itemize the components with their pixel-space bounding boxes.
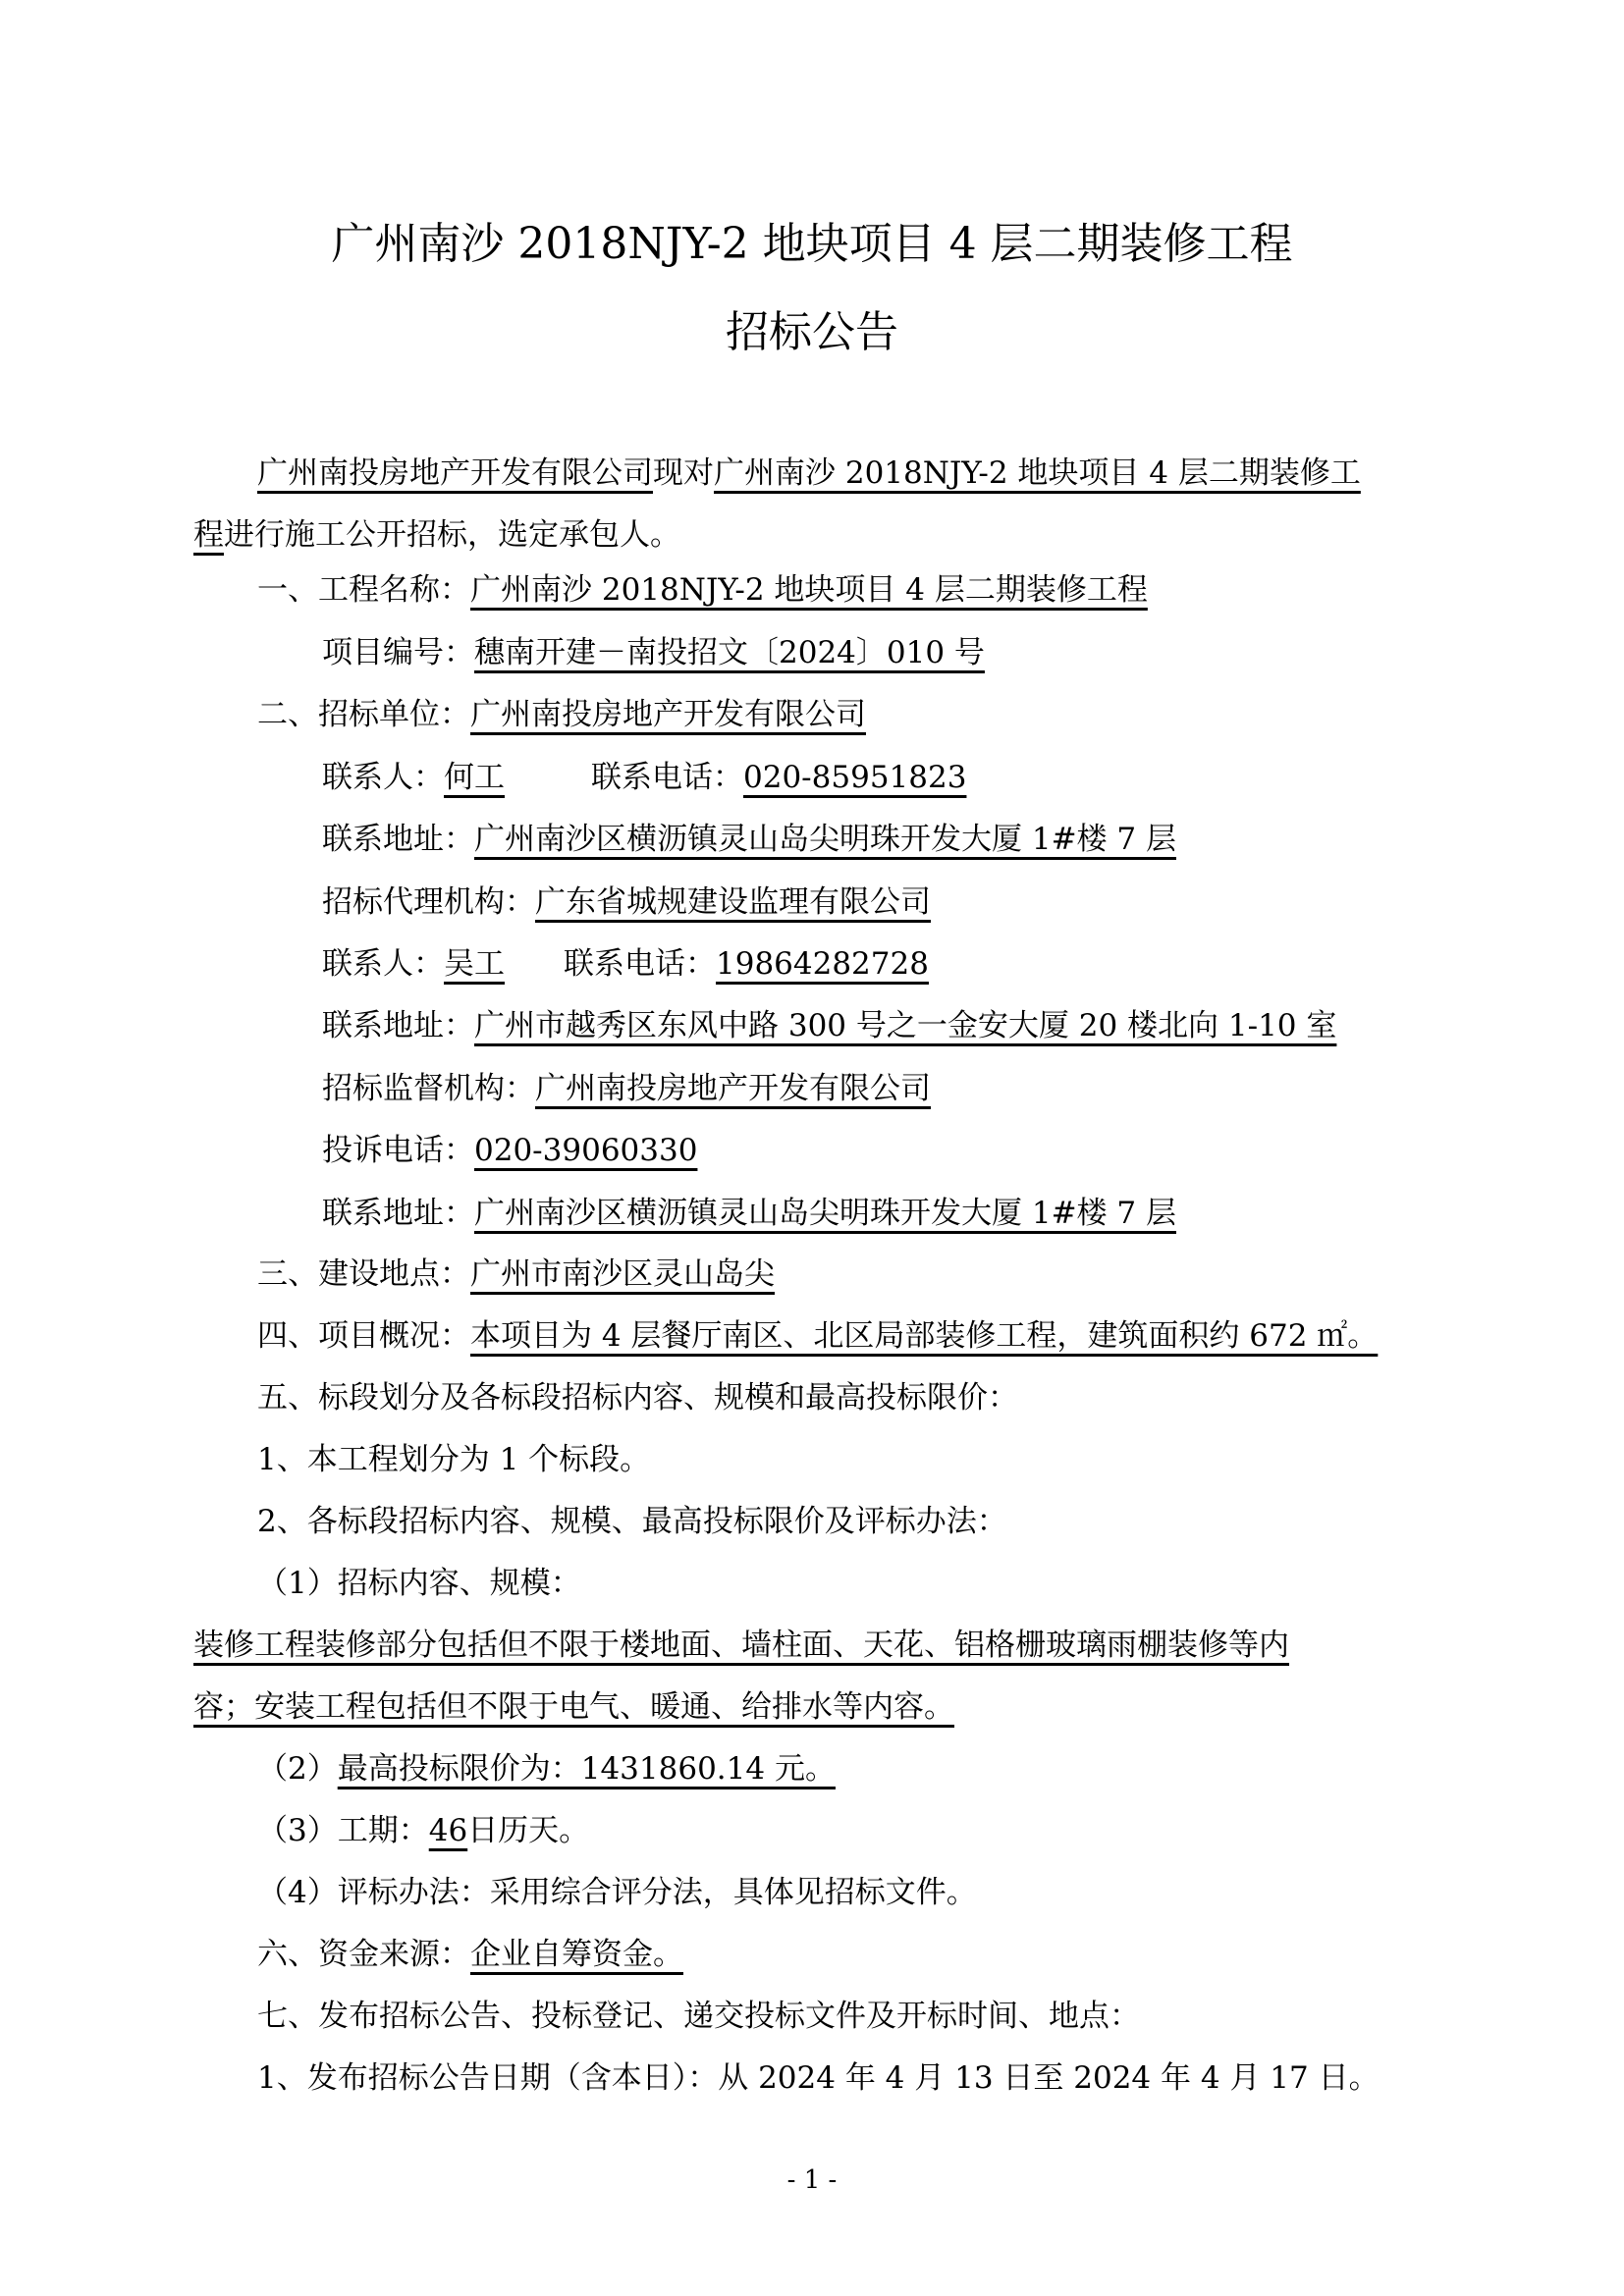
intro-paragraph-line2: 程进行施工公开招标，选定承包人。 — [193, 515, 680, 555]
field-label: 投诉电话： — [322, 1133, 474, 1168]
section-6-funding: 六、资金来源：企业自筹资金。 — [257, 1935, 683, 1974]
scope-line-1: 装修工程装修部分包括但不限于楼地面、墙柱面、天花、铝格栅玻璃雨棚装修等内 — [193, 1626, 1289, 1665]
field-label: 联系地址： — [322, 1008, 474, 1043]
funding-value: 企业自筹资金。 — [470, 1937, 683, 1972]
page-number: - 1 - — [0, 2165, 1624, 2195]
address-value: 广州南沙区横沥镇灵山岛尖明珠开发大厦 1#楼 7 层 — [474, 822, 1176, 857]
scope-line-2: 容；安装工程包括但不限于电气、暖通、给排水等内容。 — [193, 1687, 954, 1727]
overview-value: 本项目为 4 层餐厅南区、北区局部装修工程，建筑面积约 672 ㎡。 — [470, 1318, 1378, 1354]
contact-phone: 020-85951823 — [743, 760, 966, 795]
intro-tail: 进行施工公开招标，选定承包人。 — [224, 517, 680, 553]
section-4-overview: 四、项目概况：本项目为 4 层餐厅南区、北区局部装修工程，建筑面积约 672 ㎡… — [257, 1316, 1378, 1356]
supervisor-address-value: 广州南沙区横沥镇灵山岛尖明珠开发大厦 1#楼 7 层 — [474, 1196, 1176, 1231]
section-5-sub-1: （1）招标内容、规模： — [257, 1564, 581, 1603]
section-7-item-1: 1、发布招标公告日期（含本日）：从 2024 年 4 月 13 日至 2024 … — [257, 2058, 1380, 2098]
supervisor: 招标监督机构：广州南投房地产开发有限公司 — [322, 1069, 931, 1108]
document-subtitle: 招标公告 — [0, 296, 1624, 359]
field-label: 一、工程名称： — [257, 572, 470, 608]
tenderer-value: 广州南投房地产开发有限公司 — [470, 697, 866, 732]
field-label: 三、建设地点： — [257, 1256, 470, 1292]
section-1-project-name: 一、工程名称：广州南沙 2018NJY-2 地块项目 4 层二期装修工程 — [257, 570, 1148, 610]
section-5-sub-4: （4）评标办法：采用综合评分法，具体见招标文件。 — [257, 1873, 977, 1912]
field-label: 招标监督机构： — [322, 1071, 535, 1106]
contact-person: 何工 — [444, 760, 505, 795]
agent-address-value: 广州市越秀区东风中路 300 号之一金安大厦 20 楼北向 1-10 室 — [474, 1008, 1336, 1043]
field-label: 四、项目概况： — [257, 1318, 470, 1354]
tenderer-address: 联系地址：广州南沙区横沥镇灵山岛尖明珠开发大厦 1#楼 7 层 — [322, 820, 1176, 859]
duration-value: 46 — [429, 1813, 467, 1848]
agent-contact: 联系人：吴工联系电话：19864282728 — [322, 944, 929, 984]
supervisor-address: 联系地址：广州南沙区横沥镇灵山岛尖明珠开发大厦 1#楼 7 层 — [322, 1194, 1176, 1233]
agent: 招标代理机构：广东省城规建设监理有限公司 — [322, 882, 931, 922]
tenderer-name: 广州南投房地产开发有限公司 — [257, 455, 653, 491]
field-label: 项目编号： — [322, 635, 474, 670]
field-label: 六、资金来源： — [257, 1937, 470, 1972]
tenderer-contact: 联系人：何工联系电话：020-85951823 — [322, 758, 966, 797]
document-title: 广州南沙 2018NJY-2 地块项目 4 层二期装修工程 — [0, 208, 1624, 271]
section-3-location: 三、建设地点：广州市南沙区灵山岛尖 — [257, 1255, 775, 1294]
agent-value: 广东省城规建设监理有限公司 — [535, 884, 931, 920]
field-label: 招标代理机构： — [322, 884, 535, 920]
scope-value: 装修工程装修部分包括但不限于楼地面、墙柱面、天花、铝格栅玻璃雨棚装修等内 — [193, 1628, 1289, 1663]
intro-project-name-cont: 程 — [193, 517, 224, 553]
intro-paragraph-line1: 广州南投房地产开发有限公司现对广州南沙 2018NJY-2 地块项目 4 层二期… — [257, 454, 1361, 493]
section-5-heading: 五、标段划分及各标段招标内容、规模和最高投标限价： — [257, 1378, 1018, 1417]
project-code: 项目编号：穗南开建－南投招文〔2024〕010 号 — [322, 633, 985, 672]
project-code-value: 穗南开建－南投招文〔2024〕010 号 — [474, 635, 985, 670]
section-5-sub-2: （2）最高投标限价为：1431860.14 元。 — [257, 1749, 836, 1789]
document-page: 广州南沙 2018NJY-2 地块项目 4 层二期装修工程 招标公告 广州南投房… — [0, 0, 1624, 2296]
field-label: （2） — [257, 1751, 338, 1787]
intro-project-name: 广州南沙 2018NJY-2 地块项目 4 层二期装修工 — [714, 455, 1361, 491]
field-label: 联系电话： — [591, 760, 743, 795]
duration-unit: 日历天。 — [467, 1813, 589, 1848]
section-5-item-1: 1、本工程划分为 1 个标段。 — [257, 1440, 650, 1479]
agent-address: 联系地址：广州市越秀区东风中路 300 号之一金安大厦 20 楼北向 1-10 … — [322, 1006, 1336, 1045]
complaint-phone: 投诉电话：020-39060330 — [322, 1131, 697, 1170]
complaint-phone-value: 020-39060330 — [474, 1133, 697, 1168]
max-price-value: 最高投标限价为：1431860.14 元。 — [338, 1751, 836, 1787]
supervisor-value: 广州南投房地产开发有限公司 — [535, 1071, 931, 1106]
section-5-item-2: 2、各标段招标内容、规模、最高投标限价及评标办法： — [257, 1502, 1007, 1541]
field-label: （3）工期： — [257, 1813, 429, 1848]
scope-value-cont: 容；安装工程包括但不限于电气、暖通、给排水等内容。 — [193, 1689, 954, 1725]
location-value: 广州市南沙区灵山岛尖 — [470, 1256, 775, 1292]
field-label: 联系人： — [322, 760, 444, 795]
field-label: 联系电话： — [564, 946, 716, 982]
field-label: 二、招标单位： — [257, 697, 470, 732]
section-5-sub-3: （3）工期：46日历天。 — [257, 1811, 589, 1850]
field-label: 联系人： — [322, 946, 444, 982]
intro-mid: 现对 — [653, 455, 714, 491]
agent-contact-person: 吴工 — [444, 946, 505, 982]
project-name-value: 广州南沙 2018NJY-2 地块项目 4 层二期装修工程 — [470, 572, 1148, 608]
field-label: 联系地址： — [322, 1196, 474, 1231]
section-7-heading: 七、发布招标公告、投标登记、递交投标文件及开标时间、地点： — [257, 1997, 1140, 2036]
agent-contact-phone: 19864282728 — [716, 946, 929, 982]
field-label: 联系地址： — [322, 822, 474, 857]
section-2-tenderer: 二、招标单位：广州南投房地产开发有限公司 — [257, 695, 866, 734]
